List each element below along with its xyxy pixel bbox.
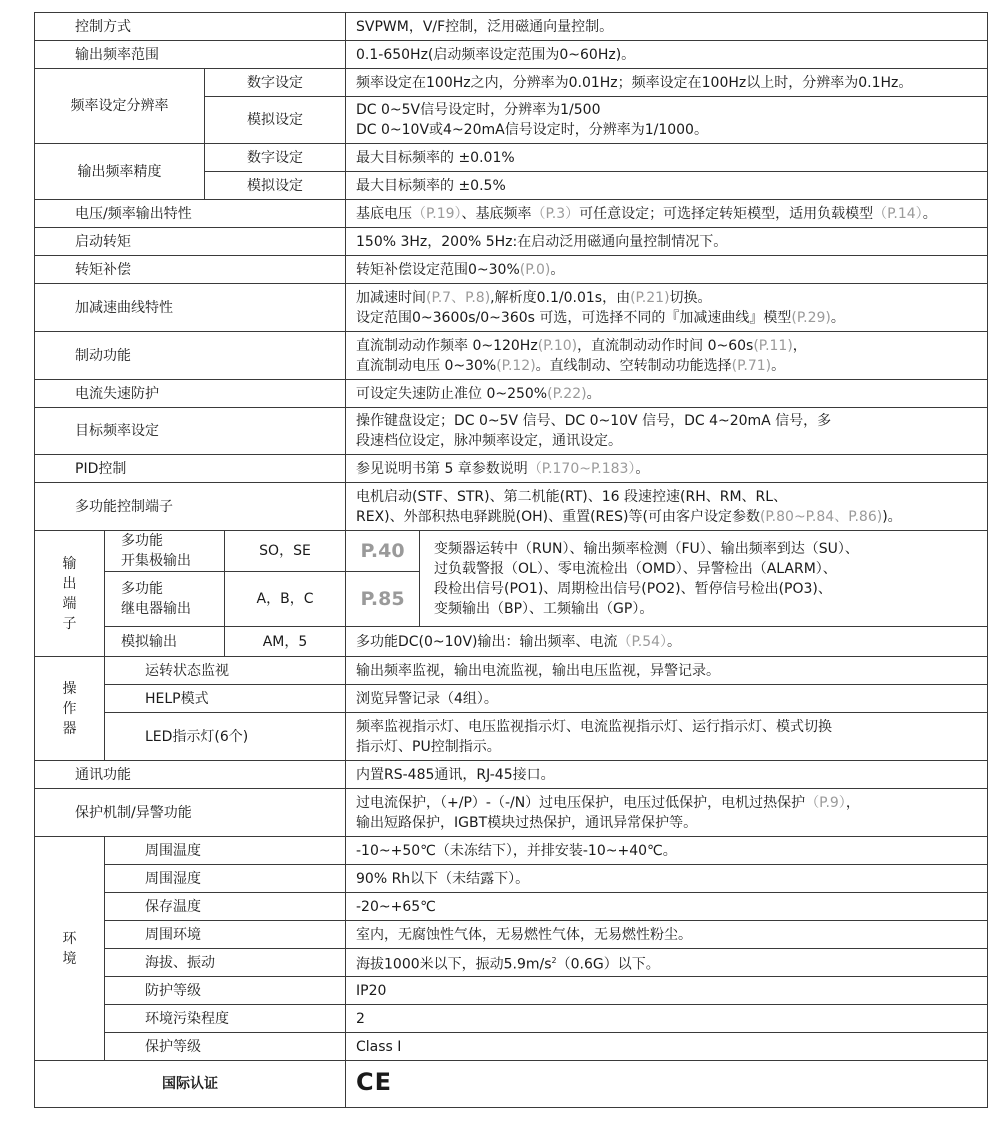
text: 。 xyxy=(771,358,785,374)
label-pid: PID控制 xyxy=(35,455,346,483)
terminals-analog: AM，5 xyxy=(225,627,346,657)
env-value: 室内，无腐蚀性气体，无易燃性气体，无易燃性粉尘。 xyxy=(346,921,988,949)
param-ref: （P.19） xyxy=(412,206,462,222)
param-ref: （P.170~P.183） xyxy=(528,461,636,477)
text-line: 段速档位设定，脉冲频率设定，通讯设定。 xyxy=(356,431,987,451)
value-target-freq: 操作键盘设定；DC 0~5V 信号、DC 0~10V 信号，DC 4~20mA … xyxy=(346,408,988,455)
param-ref: (P.22) xyxy=(547,386,586,402)
value-freq-resolution-analog: DC 0~5V信号设定时，分辨率为1/500 DC 0~10V或4~20mA信号… xyxy=(346,97,988,144)
text-line: 设定范围0~3600s/0~360s 可选，可选择不同的『加减速曲线』模型(P.… xyxy=(356,308,987,328)
row-operator-help: HELP模式 浏览异警记录（4组）。 xyxy=(35,685,988,713)
env-label: 保护等级 xyxy=(105,1033,346,1061)
row-env-5: 防护等级 IP20 xyxy=(35,977,988,1005)
text: 基底电压 xyxy=(356,206,412,222)
text-line: 电机启动(STF、STR)、第二机能(RT)、16 段速控速(RH、RM、RL、 xyxy=(356,487,987,507)
text: 转矩补偿设定范围0~30% xyxy=(356,262,520,278)
row-env-7: 保护等级 Class I xyxy=(35,1033,988,1061)
text-line: 直流制动动作频率 0~120Hz(P.10)，直流制动动作时间 0~60s(P.… xyxy=(356,336,987,356)
param-ref: （P.3） xyxy=(532,206,580,222)
row-env-1: 周围湿度 90% Rh以下（未结露下）。 xyxy=(35,865,988,893)
value-multi-input: 电机启动(STF、STR)、第二机能(RT)、16 段速控速(RH、RM、RL、… xyxy=(346,483,988,531)
text: ,解析度0.1/0.01s，由 xyxy=(490,290,630,306)
value-operator-monitor: 输出频率监视，输出电流监视，输出电压监视，异警记录。 xyxy=(346,657,988,685)
label-torque-boost: 转矩补偿 xyxy=(35,256,346,284)
spec-table: 控制方式 SVPWM，V/F控制，泛用磁通向量控制。 输出频率范围 0.1-65… xyxy=(34,12,988,1108)
env-value: IP20 xyxy=(346,977,988,1005)
value-accel-decel: 加减速时间(P.7、P.8),解析度0.1/0.01s，由(P.21)切换。 设… xyxy=(346,284,988,332)
value-braking: 直流制动动作频率 0~120Hz(P.10)，直流制动动作时间 0~60s(P.… xyxy=(346,332,988,380)
text-line: 继电器输出 xyxy=(121,599,224,619)
value-output-analog: 多功能DC(0~10V)输出：输出频率、电流（P.54）。 xyxy=(346,627,988,657)
env-value: 海拔1000米以下，振动5.9m/s2（0.6G）以下。 xyxy=(346,949,988,977)
env-label: 周围环境 xyxy=(105,921,346,949)
row-protection: 保护机制/异警功能 过电流保护，（+/P）-（-/N）过电压保护，电压过低保护，… xyxy=(35,789,988,837)
text-line: 过电流保护，（+/P）-（-/N）过电压保护，电压过低保护，电机过热保护（P.9… xyxy=(356,793,987,813)
label-operator-monitor: 运转状态监视 xyxy=(105,657,346,685)
text-line: 多功能 xyxy=(121,531,224,551)
value-output-accuracy-digital: 最大目标频率的 ±0.01% xyxy=(346,144,988,172)
row-output-analog: 模拟输出 AM，5 多功能DC(0~10V)输出：输出频率、电流（P.54）。 xyxy=(35,627,988,657)
row-multi-input: 多功能控制端子 电机启动(STF、STR)、第二机能(RT)、16 段速控速(R… xyxy=(35,483,988,531)
param-p85: P.85 xyxy=(346,572,420,627)
env-value: 2 xyxy=(346,1005,988,1033)
row-output-oc: 输出端子 多功能 开集极输出 SO，SE P.40 变频器运转中（RUN）、输出… xyxy=(35,531,988,572)
label-certification: 国际认证 xyxy=(35,1061,346,1108)
label-output-analog: 模拟输出 xyxy=(105,627,225,657)
param-ref: （P.54） xyxy=(618,634,668,650)
text-line: 开集极输出 xyxy=(121,551,224,571)
param-ref: （P.14） xyxy=(873,206,923,222)
value-communication: 内置RS-485通讯，RJ-45接口。 xyxy=(346,761,988,789)
text: )。 xyxy=(882,509,901,525)
value-operator-help: 浏览异警记录（4组）。 xyxy=(346,685,988,713)
row-env-0: 环境 周围温度 -10~+50℃（未冻结下），并排安装-10~+40℃。 xyxy=(35,837,988,865)
param-p40: P.40 xyxy=(346,531,420,572)
row-env-3: 周围环境 室内，无腐蚀性气体，无易燃性气体，无易燃性粉尘。 xyxy=(35,921,988,949)
text-line: 过负载警报（OL）、零电流检出（OMD）、异警检出（ALARM）、 xyxy=(434,559,987,579)
row-torque-boost: 转矩补偿 转矩补偿设定范围0~30%(P.0)。 xyxy=(35,256,988,284)
param-ref: （P.9） xyxy=(805,795,846,811)
param-ref: (P.10) xyxy=(538,338,577,354)
section-label-vertical: 输出端子 xyxy=(62,554,78,634)
section-output-terminals: 输出端子 xyxy=(35,531,105,657)
label-operator-led: LED指示灯(6个) xyxy=(105,713,346,761)
param-ref: (P.0) xyxy=(520,262,551,278)
text-line: 操作键盘设定；DC 0~5V 信号、DC 0~10V 信号，DC 4~20mA … xyxy=(356,411,987,431)
param-ref: (P.11) xyxy=(753,338,792,354)
text: 。 xyxy=(587,386,601,402)
label-control-method: 控制方式 xyxy=(35,13,346,41)
text: 加减速时间 xyxy=(356,290,426,306)
text-line: REX)、外部积热电驿跳脱(OH)、重置(RES)等(可由客户设定参数(P.80… xyxy=(356,507,987,527)
sublabel-digital: 数字设定 xyxy=(205,144,346,172)
row-env-2: 保存温度 -20~+65℃ xyxy=(35,893,988,921)
text: 海拔1000米以下，振动5.9m/s xyxy=(356,956,552,972)
text-line: 变频输出（BP）、工频输出（GP）。 xyxy=(434,599,987,619)
sublabel-analog: 模拟设定 xyxy=(205,172,346,200)
text: 切换。 xyxy=(670,290,712,306)
row-freq-resolution-digital: 频率设定分辨率 数字设定 频率设定在100Hz之内，分辨率为0.01Hz；频率设… xyxy=(35,69,988,97)
text: 多功能DC(0~10V)输出：输出频率、电流 xyxy=(356,634,618,650)
value-output-freq-range: 0.1-650Hz(启动频率设定范围为0~60Hz)。 xyxy=(346,41,988,69)
text: 。 xyxy=(550,262,564,278)
text: 。 xyxy=(831,310,845,326)
label-stall-prevention: 电流失速防护 xyxy=(35,380,346,408)
env-label: 周围湿度 xyxy=(105,865,346,893)
text: 直流制动动作频率 0~120Hz xyxy=(356,338,538,354)
value-output-terminals-desc: 变频器运转中（RUN）、输出频率检测（FU）、输出频率到达（SU）、 过负载警报… xyxy=(420,531,988,627)
label-multi-input: 多功能控制端子 xyxy=(35,483,346,531)
param-ref: (P.7、P.8) xyxy=(426,290,490,306)
env-value: -20~+65℃ xyxy=(346,893,988,921)
param-ref: (P.29) xyxy=(791,310,830,326)
label-vf-characteristic: 电压/频率输出特性 xyxy=(35,200,346,228)
label-output-relay: 多功能 继电器输出 xyxy=(105,572,225,627)
text: 。直线制动、空转制动功能选择 xyxy=(536,358,732,374)
text-line: DC 0~10V或4~20mA信号设定时，分辨率为1/1000。 xyxy=(356,120,987,140)
row-env-6: 环境污染程度 2 xyxy=(35,1005,988,1033)
text: 、基底频率 xyxy=(462,206,532,222)
param-ref: (P.80~P.84、P.86) xyxy=(760,509,882,525)
label-starting-torque: 启动转矩 xyxy=(35,228,346,256)
env-value: 90% Rh以下（未结露下）。 xyxy=(346,865,988,893)
row-env-4: 海拔、振动 海拔1000米以下，振动5.9m/s2（0.6G）以下。 xyxy=(35,949,988,977)
text: ， xyxy=(846,795,860,811)
label-target-freq: 目标频率设定 xyxy=(35,408,346,455)
text-line: 直流制动电压 0~30%(P.12)。直线制动、空转制动功能选择(P.71)。 xyxy=(356,356,987,376)
row-control-method: 控制方式 SVPWM，V/F控制，泛用磁通向量控制。 xyxy=(35,13,988,41)
value-starting-torque: 150% 3Hz，200% 5Hz:在启动泛用磁通向量控制情况下。 xyxy=(346,228,988,256)
text: 过电流保护，（+/P）-（-/N）过电压保护，电压过低保护，电机过热保护 xyxy=(356,795,805,811)
value-certification: CE xyxy=(346,1061,988,1108)
text-line: 频率监视指示灯、电压监视指示灯、电流监视指示灯、运行指示灯、模式切换 xyxy=(356,717,987,737)
ce-mark-icon: CE xyxy=(356,1068,392,1096)
value-torque-boost: 转矩补偿设定范围0~30%(P.0)。 xyxy=(346,256,988,284)
param-ref: (P.12) xyxy=(496,358,535,374)
text: 可设定失速防止准位 0~250% xyxy=(356,386,547,402)
row-starting-torque: 启动转矩 150% 3Hz，200% 5Hz:在启动泛用磁通向量控制情况下。 xyxy=(35,228,988,256)
value-pid: 参见说明书第 5 章参数说明（P.170~P.183）。 xyxy=(346,455,988,483)
section-label-vertical: 环境 xyxy=(62,929,78,969)
value-stall-prevention: 可设定失速防止准位 0~250%(P.22)。 xyxy=(346,380,988,408)
value-operator-led: 频率监视指示灯、电压监视指示灯、电流监视指示灯、运行指示灯、模式切换 指示灯、P… xyxy=(346,713,988,761)
env-label: 环境污染程度 xyxy=(105,1005,346,1033)
sublabel-digital: 数字设定 xyxy=(205,69,346,97)
text-line: 多功能 xyxy=(121,579,224,599)
label-braking: 制动功能 xyxy=(35,332,346,380)
text: REX)、外部积热电驿跳脱(OH)、重置(RES)等(可由客户设定参数 xyxy=(356,509,760,525)
label-output-freq-range: 输出频率范围 xyxy=(35,41,346,69)
row-operator-monitor: 操作器 运转状态监视 输出频率监视，输出电流监视，输出电压监视，异警记录。 xyxy=(35,657,988,685)
row-output-freq-range: 输出频率范围 0.1-650Hz(启动频率设定范围为0~60Hz)。 xyxy=(35,41,988,69)
row-braking: 制动功能 直流制动动作频率 0~120Hz(P.10)，直流制动动作时间 0~6… xyxy=(35,332,988,380)
env-value: Class I xyxy=(346,1033,988,1061)
text: ，直流制动动作时间 0~60s xyxy=(577,338,753,354)
value-vf-characteristic: 基底电压（P.19）、基底频率（P.3）可任意设定；可选择定转矩模型，适用负载模… xyxy=(346,200,988,228)
env-label: 海拔、振动 xyxy=(105,949,346,977)
label-protection: 保护机制/异警功能 xyxy=(35,789,346,837)
text: 。 xyxy=(635,461,649,477)
row-certification: 国际认证 CE xyxy=(35,1061,988,1108)
label-output-accuracy: 输出频率精度 xyxy=(35,144,205,200)
row-communication: 通讯功能 内置RS-485通讯，RJ-45接口。 xyxy=(35,761,988,789)
sublabel-analog: 模拟设定 xyxy=(205,97,346,144)
section-environment: 环境 xyxy=(35,837,105,1061)
value-control-method: SVPWM，V/F控制，泛用磁通向量控制。 xyxy=(346,13,988,41)
row-pid: PID控制 参见说明书第 5 章参数说明（P.170~P.183）。 xyxy=(35,455,988,483)
label-output-oc: 多功能 开集极输出 xyxy=(105,531,225,572)
label-operator-help: HELP模式 xyxy=(105,685,346,713)
label-communication: 通讯功能 xyxy=(35,761,346,789)
section-operator: 操作器 xyxy=(35,657,105,761)
param-ref: (P.21) xyxy=(630,290,669,306)
text: 。 xyxy=(923,206,937,222)
text-line: 加减速时间(P.7、P.8),解析度0.1/0.01s，由(P.21)切换。 xyxy=(356,288,987,308)
row-vf-characteristic: 电压/频率输出特性 基底电压（P.19）、基底频率（P.3）可任意设定；可选择定… xyxy=(35,200,988,228)
value-output-accuracy-analog: 最大目标频率的 ±0.5% xyxy=(346,172,988,200)
text: ， xyxy=(793,338,807,354)
env-label: 周围温度 xyxy=(105,837,346,865)
text: 。 xyxy=(667,634,681,650)
text-line: 指示灯、PU控制指示。 xyxy=(356,737,987,757)
text-line: 输出短路保护，IGBT模块过热保护，通讯异常保护等。 xyxy=(356,813,987,833)
text: 参见说明书第 5 章参数说明 xyxy=(356,461,528,477)
row-accel-decel: 加减速曲线特性 加减速时间(P.7、P.8),解析度0.1/0.01s，由(P.… xyxy=(35,284,988,332)
row-stall-prevention: 电流失速防护 可设定失速防止准位 0~250%(P.22)。 xyxy=(35,380,988,408)
value-freq-resolution-digital: 频率设定在100Hz之内，分辨率为0.01Hz；频率设定在100Hz以上时，分辨… xyxy=(346,69,988,97)
text-line: DC 0~5V信号设定时，分辨率为1/500 xyxy=(356,100,987,120)
env-value: -10~+50℃（未冻结下），并排安装-10~+40℃。 xyxy=(346,837,988,865)
text: （0.6G）以下。 xyxy=(557,956,660,972)
text: 设定范围0~3600s/0~360s 可选，可选择不同的『加减速曲线』模型 xyxy=(356,310,791,326)
text-line: 变频器运转中（RUN）、输出频率检测（FU）、输出频率到达（SU）、 xyxy=(434,539,987,559)
terminals-relay: A，B，C xyxy=(225,572,346,627)
section-label-vertical: 操作器 xyxy=(62,679,78,739)
row-output-accuracy-digital: 输出频率精度 数字设定 最大目标频率的 ±0.01% xyxy=(35,144,988,172)
text: 直流制动电压 0~30% xyxy=(356,358,496,374)
row-operator-led: LED指示灯(6个) 频率监视指示灯、电压监视指示灯、电流监视指示灯、运行指示灯… xyxy=(35,713,988,761)
env-label: 保存温度 xyxy=(105,893,346,921)
env-label: 防护等级 xyxy=(105,977,346,1005)
terminals-oc: SO，SE xyxy=(225,531,346,572)
value-protection: 过电流保护，（+/P）-（-/N）过电压保护，电压过低保护，电机过热保护（P.9… xyxy=(346,789,988,837)
row-target-freq: 目标频率设定 操作键盘设定；DC 0~5V 信号、DC 0~10V 信号，DC … xyxy=(35,408,988,455)
text-line: 段检出信号(PO1)、周期检出信号(PO2)、暂停信号检出(PO3)、 xyxy=(434,579,987,599)
text: 可任意设定；可选择定转矩模型，适用负载模型 xyxy=(579,206,873,222)
param-ref: (P.71) xyxy=(732,358,771,374)
label-freq-resolution: 频率设定分辨率 xyxy=(35,69,205,144)
label-accel-decel: 加减速曲线特性 xyxy=(35,284,346,332)
